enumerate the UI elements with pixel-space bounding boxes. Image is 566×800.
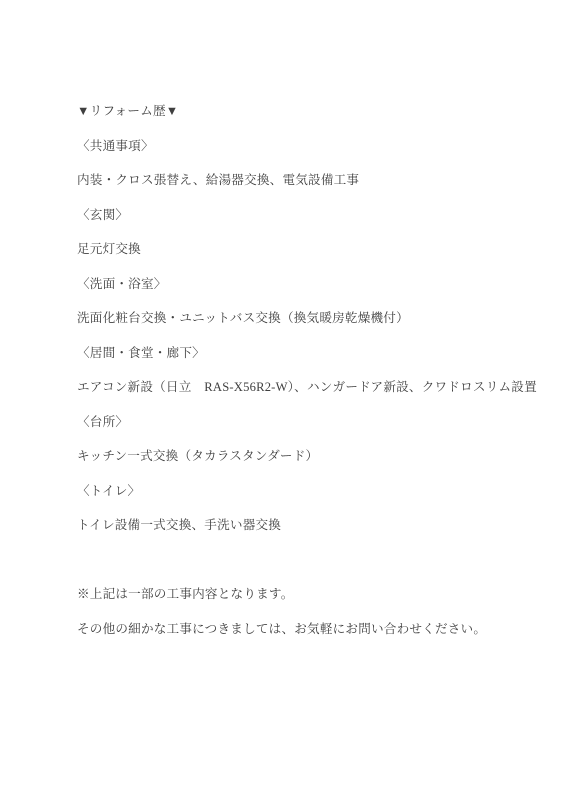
document-page: ▼リフォーム歴▼ 〈共通事項〉 内装・クロス張替え、給湯器交換、電気設備工事 〈… xyxy=(0,0,566,800)
document-content: ▼リフォーム歴▼ 〈共通事項〉 内装・クロス張替え、給湯器交換、電気設備工事 〈… xyxy=(77,94,536,646)
section-heading-3: 〈居間・食堂・廊下〉 xyxy=(77,336,536,371)
section-detail-5: トイレ設備一式交換、手洗い器交換 xyxy=(77,508,536,543)
section-detail-2: 洗面化粧台交換・ユニットバス交換（換気暖房乾燥機付） xyxy=(77,301,536,336)
section-heading-4: 〈台所〉 xyxy=(77,405,536,440)
document-title: ▼リフォーム歴▼ xyxy=(77,94,536,129)
note-line-1: ※上記は一部の工事内容となります。 xyxy=(77,577,536,612)
section-heading-1: 〈玄関〉 xyxy=(77,198,536,233)
section-detail-3: エアコン新設（日立 RAS-X56R2-W）、ハンガードア新設、クワドロスリム設… xyxy=(77,370,536,405)
section-heading-0: 〈共通事項〉 xyxy=(77,129,536,164)
section-detail-4: キッチン一式交換（タカラスタンダード） xyxy=(77,439,536,474)
note-line-2: その他の細かな工事につきましては、お気軽にお問い合わせください。 xyxy=(77,612,536,647)
section-heading-2: 〈洗面・浴室〉 xyxy=(77,267,536,302)
section-heading-5: 〈トイレ〉 xyxy=(77,474,536,509)
section-detail-1: 足元灯交換 xyxy=(77,232,536,267)
section-detail-0: 内装・クロス張替え、給湯器交換、電気設備工事 xyxy=(77,163,536,198)
